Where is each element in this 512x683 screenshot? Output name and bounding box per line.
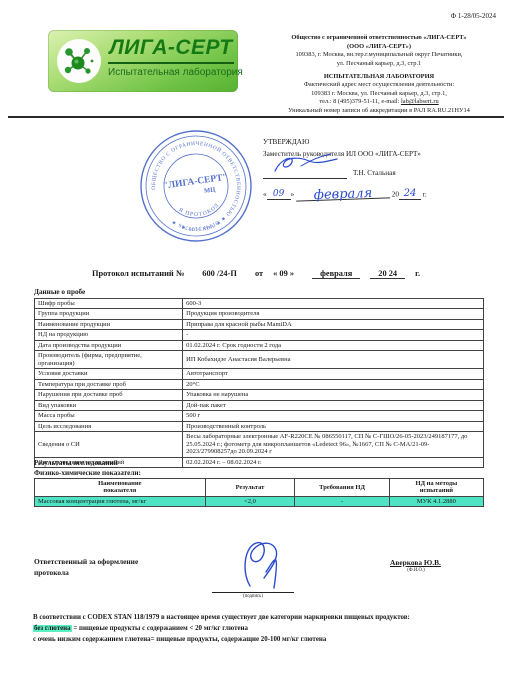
table-cell-label: Температура при доставке проб <box>35 379 183 389</box>
table-cell-value: Дой-пак пакет <box>183 400 484 410</box>
table-cell-label: Дата производства продукции <box>35 340 183 350</box>
protocol-year-suffix: г. <box>415 269 420 278</box>
table-cell-label: НД на продукцию <box>35 330 183 340</box>
table-row: Дата производства продукции01.02.2024 г.… <box>35 340 484 350</box>
approval-block: УТВЕРЖДАЮ Заместитель руководителя ИЛ ОО… <box>263 138 509 200</box>
approval-signature-line <box>263 167 347 179</box>
table-row: Цель исследованияПроизводственный контро… <box>35 421 484 431</box>
round-stamp: ОБЩЕСТВО С ОГРАНИЧЕННОЙ ОТВЕТСТВЕННОСТЬЮ… <box>136 126 256 246</box>
table-cell-value: 500 г <box>183 411 484 421</box>
table-row: Температура при доставке проб20°С <box>35 379 484 389</box>
table-row: Шифр пробы600-3 <box>35 299 484 309</box>
table-cell-label: Группа продукции <box>35 309 183 319</box>
handwritten-month: февраля <box>314 186 373 203</box>
table-cell-label: Цель исследования <box>35 421 183 431</box>
org-address-2: ул. Песчаный карьер, д.3, стр.1 <box>250 60 508 69</box>
table-row: Производитель (фирма, предприятие, орган… <box>35 351 484 369</box>
table-cell-label: Наименование продукции <box>35 319 183 329</box>
footnote-line3: с очень низким содержанием глютена= пище… <box>33 634 504 645</box>
sign-off-section: Ответственный за оформление протокола (п… <box>0 540 512 620</box>
table-cell-value: - <box>183 330 484 340</box>
results-table: Наименование показателя Результат Требов… <box>34 478 484 507</box>
quote-close: » <box>291 190 295 198</box>
org-name-full: Общество с ограниченной ответственностью… <box>250 34 508 43</box>
lab-title: ИСПЫТАТЕЛЬНАЯ ЛАБОРАТОРИЯ <box>250 73 508 82</box>
table-row: Вид упаковкиДой-пак пакет <box>35 400 484 410</box>
header-divider <box>8 116 504 118</box>
table-cell-label: Производитель (фирма, предприятие, орган… <box>35 351 183 369</box>
footnote-line2-rest: = пищевые продукты с содержанием < 20 мг… <box>73 625 248 632</box>
sample-section-heading: Данные о пробе <box>34 288 85 296</box>
table-cell-label: Условия доставки <box>35 369 183 379</box>
footnote-block: В соответствии с CODEX STAN 118/1979 в н… <box>33 612 504 645</box>
phone-text: тел.: 8 (495)379-51-11, e-mail: <box>319 98 401 105</box>
stamp-center-text: "ЛИГА-СЕРТ" <box>162 173 228 192</box>
handwritten-year: 24 <box>404 188 417 199</box>
column-header-method: НД на методы испытаний <box>389 479 483 497</box>
lab-logo: ЛИГА-СЕРТ Испытательная лаборатория <box>48 30 238 92</box>
scanned-protocol-document: Ф 1-28/05-2024 ЛИГА-СЕР <box>0 0 512 683</box>
table-cell-value: Упаковка не нарушена <box>183 390 484 400</box>
molecule-icon <box>57 39 101 83</box>
form-number: Ф 1-28/05-2024 <box>451 12 496 20</box>
responsible-label-line2: протокола <box>34 567 138 578</box>
protocol-number: 600 /24-П <box>202 269 237 278</box>
table-cell-method: МУК 4.1.2880 <box>389 496 483 506</box>
table-row: Массовая концентрация глютена, мг/кг<2,0… <box>35 496 484 506</box>
protocol-date-day: « 09 » <box>273 269 294 278</box>
results-section-heading: Результаты исследований <box>34 459 118 467</box>
table-row: НД на продукцию- <box>35 330 484 340</box>
handwritten-day: 09 <box>273 189 284 199</box>
responsible-name: Аверкова Ю.В. <box>390 558 441 567</box>
table-cell-value: 600-3 <box>183 299 484 309</box>
table-row: Масса пробы500 г <box>35 411 484 421</box>
table-cell-value: Продукция производителя <box>183 309 484 319</box>
table-cell-name: Массовая концентрация глютена, мг/кг <box>35 496 206 506</box>
approver-name: Т.Н. Стальная <box>353 169 396 177</box>
column-header-nd-requirements: Требования НД <box>295 479 389 497</box>
logo-subtitle: Испытательная лаборатория <box>108 67 234 78</box>
column-header-result: Результат <box>205 479 295 497</box>
table-cell-value: 01.02.2024 г. Срок годности 2 года <box>183 340 484 350</box>
table-cell-result: <2,0 <box>205 496 295 506</box>
lab-contacts: тел.: 8 (495)379-51-11, e-mail: lab@labs… <box>250 98 508 107</box>
email-link: lab@labsert.ru <box>401 98 439 105</box>
protocol-date-year: 20 24 <box>370 269 405 279</box>
results-header-row: Наименование показателя Результат Требов… <box>35 479 484 497</box>
protocol-title-label: Протокол испытаний № <box>92 269 184 278</box>
footnote-line2: без глютена = пищевые продукты с содержа… <box>33 623 504 634</box>
table-row: Нарушения при доставке пробУпаковка не н… <box>35 390 484 400</box>
table-cell-label: Нарушения при доставке проб <box>35 390 183 400</box>
table-row: Условия доставкиАвтотранспорт <box>35 369 484 379</box>
table-cell-value: 20°С <box>183 379 484 389</box>
lab-address-note: Фактический адрес мест осуществления дея… <box>250 81 508 90</box>
table-cell-value: ИП Кобахидзе Анастасия Валерьевна <box>183 351 484 369</box>
year-prefix: 20 <box>392 190 399 198</box>
table-cell-label: Вид упаковки <box>35 400 183 410</box>
results-subheading: Физико-химические показатели: <box>34 469 141 477</box>
document-header: ЛИГА-СЕРТ Испытательная лаборатория Обще… <box>48 30 508 116</box>
approval-signature-row: Т.Н. Стальная <box>263 167 509 183</box>
protocol-from: от <box>255 269 263 278</box>
table-cell-value: 02.02.2024 г. – 08.02.2024 г. <box>183 457 484 467</box>
responsible-label: Ответственный за оформление протокола <box>34 556 138 578</box>
table-cell-value: Весы лабораторные электронные AF-R220CE … <box>183 432 484 457</box>
responsible-name-caption: (Ф.И.О.) <box>390 568 442 573</box>
table-cell-nd_requirement: - <box>295 496 389 506</box>
gluten-free-highlight: без глютена <box>33 625 72 632</box>
table-row: Группа продукцииПродукция производителя <box>35 309 484 319</box>
logo-title: ЛИГА-СЕРТ <box>108 36 234 60</box>
logo-text: ЛИГА-СЕРТ Испытательная лаборатория <box>108 36 234 78</box>
protocol-date-month: февраля <box>312 269 360 279</box>
table-cell-label: Шифр пробы <box>35 299 183 309</box>
footnote-line1: В соответствии с CODEX STAN 118/1979 в н… <box>33 612 504 623</box>
column-header-indicator: Наименование показателя <box>35 479 206 497</box>
sample-data-table: Шифр пробы600-3Группа продукцииПродукция… <box>34 298 484 468</box>
table-row: Наименование продукцииПриправа для красн… <box>35 319 484 329</box>
org-name-short: (ООО «ЛИГА-СЕРТ») <box>250 43 508 52</box>
table-cell-label: Сведения о СИ <box>35 432 183 457</box>
accreditation-number: Уникальный номер записи об аккредитации … <box>250 107 508 116</box>
approval-heading: УТВЕРЖДАЮ <box>263 138 509 147</box>
approval-date-row: «09» февраля 2024 г. <box>263 189 509 200</box>
stamp-center-sub: МЦ <box>204 186 216 194</box>
table-row: Сведения о СИВесы лабораторные электронн… <box>35 432 484 457</box>
responsible-label-line1: Ответственный за оформление <box>34 556 138 567</box>
org-address-1: 109383, г. Москва, вн.тер.г.муниципальны… <box>250 51 508 60</box>
responsible-signature-icon <box>222 534 302 599</box>
table-cell-value: Автотранспорт <box>183 369 484 379</box>
organization-block: Общество с ограниченной ответственностью… <box>250 34 508 116</box>
table-cell-value: Производственный контроль <box>183 421 484 431</box>
protocol-title: Протокол испытаний №600 /24-Пот« 09 »фев… <box>0 269 512 278</box>
approval-signature-icon <box>271 153 341 175</box>
logo-divider <box>108 62 234 64</box>
signature-caption: (подпись) <box>212 594 294 599</box>
year-suffix: г. <box>423 190 427 198</box>
table-cell-value: Приправа для красной рыбы MamiDA <box>183 319 484 329</box>
lab-address: 109383 г. Москва, ул. Песчаный карьер, д… <box>250 90 508 99</box>
table-cell-label: Масса пробы <box>35 411 183 421</box>
signature-line <box>212 592 294 593</box>
